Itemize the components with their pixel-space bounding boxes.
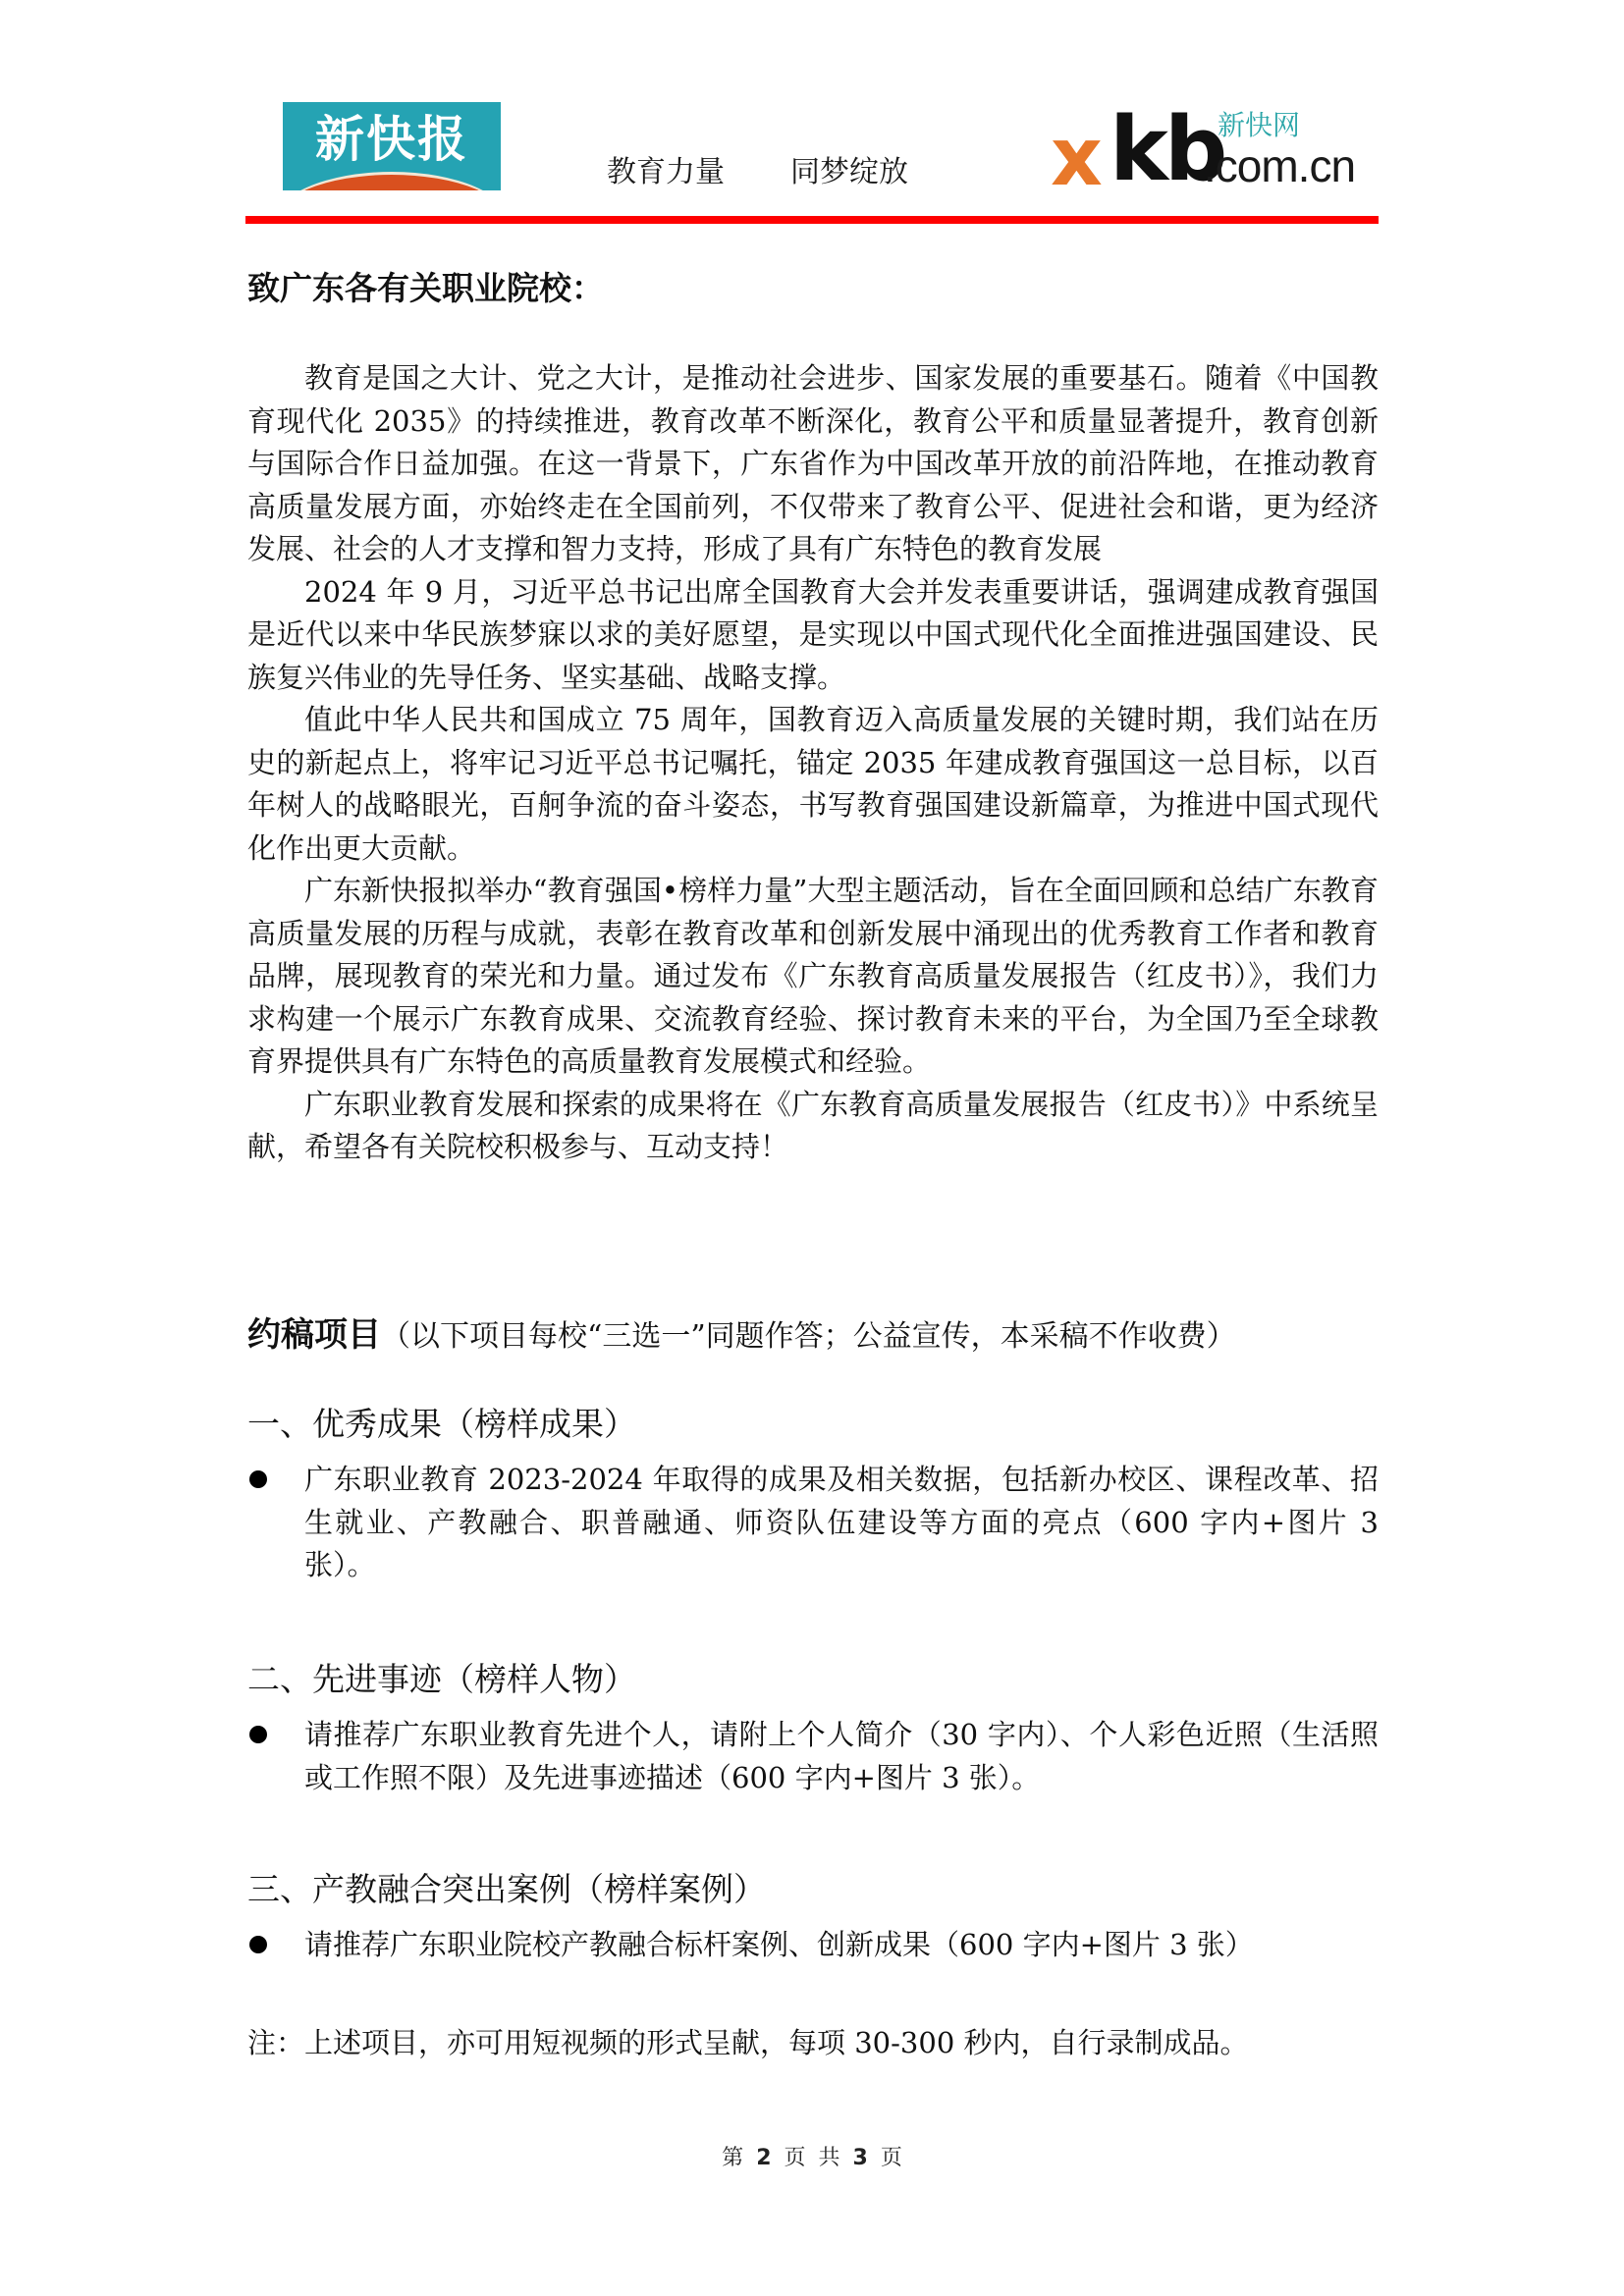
footer-prefix: 第 (722, 2146, 743, 2170)
tagline-part-2: 同梦绽放 (790, 153, 908, 192)
item-heading-1: 一、优秀成果（榜样成果） (247, 1402, 636, 1447)
xinkuaibao-logo: 新快报 (283, 102, 501, 190)
footer-middle: 页 共 (785, 2146, 840, 2170)
salutation-heading: 致广东各有关职业院校： (247, 265, 604, 312)
item-heading-3: 三、产教融合突出案例（榜样案例） (247, 1867, 766, 1912)
logo-cn-name: 新快网 (1218, 110, 1300, 141)
intro-paragraph-5: 广东职业教育发展和探索的成果将在《广东教育高质量发展报告（红皮书）》中系统呈献，… (247, 1084, 1379, 1169)
bullet-dot-icon (249, 1470, 267, 1488)
intro-paragraph-4: 广东新快报拟举办“教育强国•榜样力量”大型主题活动，旨在全面回顾和总结广东教育高… (247, 870, 1379, 1084)
intro-paragraph-2: 2024 年 9 月，习近平总书记出席全国教育大会并发表重要讲话，强调建成教育强… (247, 571, 1379, 700)
current-page-number: 2 (756, 2146, 771, 2170)
logo-left-text: 新快报 (283, 108, 501, 171)
page-footer: 第 2 页 共 3 页 (0, 2144, 1624, 2173)
item-bullet-3: 请推荐广东职业院校产教融合标杆案例、创新成果（600 字内+图片 3 张） (247, 1924, 1379, 1967)
intro-paragraph-3: 值此中华人民共和国成立 75 周年，国教育迈入高质量发展的关键时期，我们站在历史… (247, 699, 1379, 870)
logo-domain: .com.cn (1204, 141, 1355, 190)
item-heading-2: 二、先进事迹（榜样人物） (247, 1657, 636, 1702)
item-bullet-1: 广东职业教育 2023-2024 年取得的成果及相关数据，包括新办校区、课程改革… (247, 1459, 1379, 1587)
footer-suffix: 页 (881, 2146, 902, 2170)
xkb-logo: x kb 新快网 .com.cn (1049, 110, 1363, 194)
intro-body: 教育是国之大计、党之大计，是推动社会进步、国家发展的重要基石。随着《中国教育现代… (247, 357, 1379, 1169)
document-page: 新快报 教育力量 同梦绽放 x kb 新快网 .com.cn 致广东各有关职业院… (0, 0, 1624, 2296)
item-bullet-text-2: 请推荐广东职业教育先进个人，请附上个人简介（30 字内）、个人彩色近照（生活照或… (304, 1714, 1379, 1799)
projects-title: 约稿项目 (247, 1315, 381, 1355)
item-bullet-text-3: 请推荐广东职业院校产教融合标杆案例、创新成果（600 字内+图片 3 张） (304, 1924, 1379, 1967)
projects-subtitle: （以下项目每校“三选一”同题作答；公益宣传，本采稿不作收费） (381, 1319, 1236, 1354)
logo-x-letter: x (1051, 124, 1101, 192)
item-bullet-text-1: 广东职业教育 2023-2024 年取得的成果及相关数据，包括新办校区、课程改革… (304, 1459, 1379, 1587)
item-bullet-2: 请推荐广东职业教育先进个人，请附上个人简介（30 字内）、个人彩色近照（生活照或… (247, 1714, 1379, 1799)
total-pages-number: 3 (853, 2146, 868, 2170)
header-red-rule (245, 216, 1379, 224)
projects-note: 注：上述项目，亦可用短视频的形式呈献，每项 30-300 秒内，自行录制成品。 (247, 2022, 1379, 2065)
bullet-dot-icon (249, 1726, 267, 1743)
tagline-part-1: 教育力量 (607, 153, 725, 192)
projects-heading: 约稿项目（以下项目每校“三选一”同题作答；公益宣传，本采稿不作收费） (247, 1313, 1236, 1359)
intro-paragraph-1: 教育是国之大计、党之大计，是推动社会进步、国家发展的重要基石。随着《中国教育现代… (247, 357, 1379, 571)
bullet-dot-icon (249, 1936, 267, 1953)
logo-arc-decoration (283, 172, 501, 190)
